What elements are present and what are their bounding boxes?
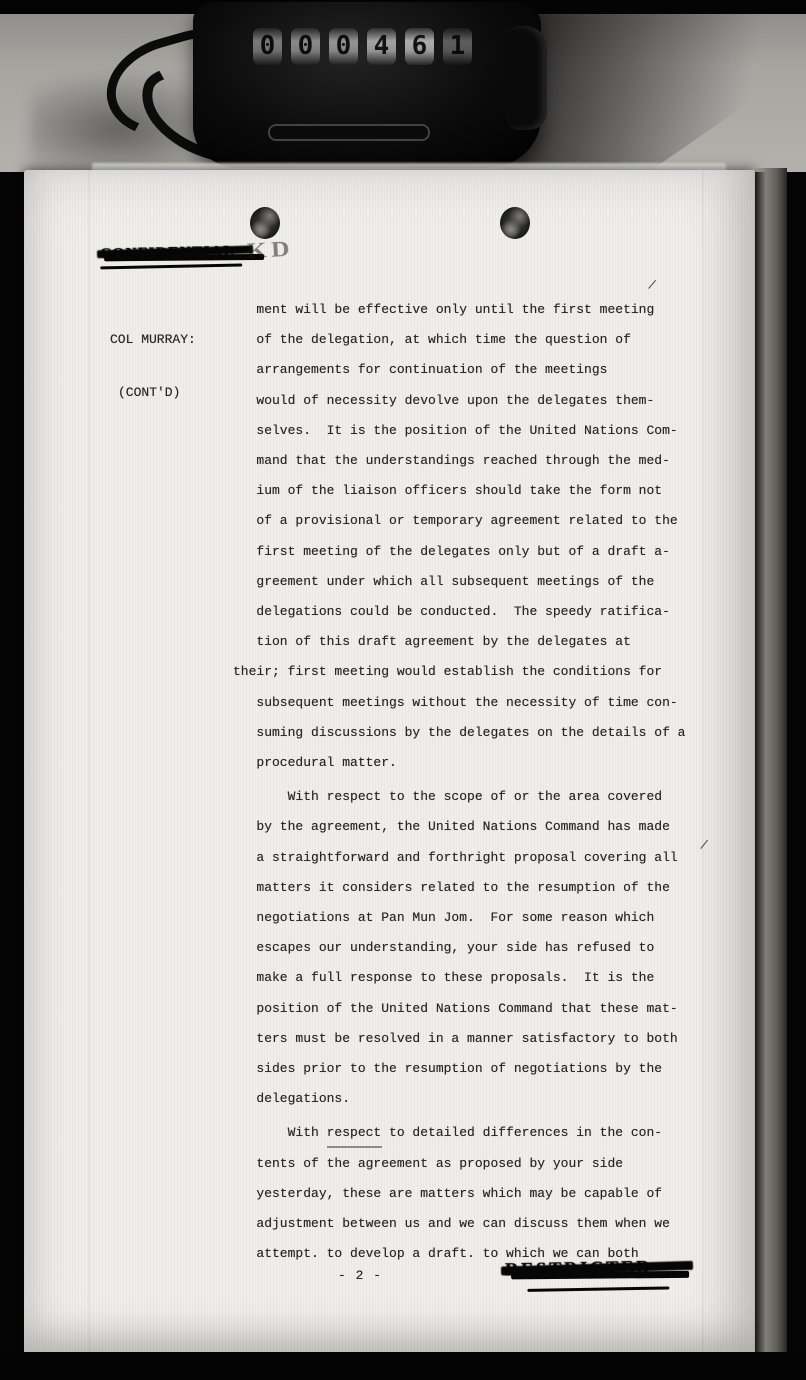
counter-digit-window: 6	[405, 28, 434, 65]
typed-line: With respect to the scope of or the area…	[233, 782, 685, 812]
paragraph: ment will be effective only until the fi…	[233, 295, 685, 778]
typed-line: make a full response to these proposals.…	[233, 963, 685, 993]
typed-line: sides prior to the resumption of negotia…	[233, 1054, 685, 1084]
typed-line: tion of this draft agreement by the dele…	[233, 627, 685, 657]
typed-line: a straightforward and forthright proposa…	[233, 843, 685, 873]
counter-digit-window: 1	[443, 28, 472, 65]
hole-punch	[500, 207, 530, 239]
typed-line: greement under which all subsequent meet…	[233, 567, 685, 597]
typed-line: selves. It is the position of the United…	[233, 416, 685, 446]
typed-line: of a provisional or temporary agreement …	[233, 506, 685, 536]
page-number: - 2 -	[338, 1268, 382, 1283]
underline-mark	[327, 1146, 382, 1148]
restricted-stamp: RESTRICTED	[505, 1257, 652, 1281]
typed-line: ment will be effective only until the fi…	[233, 295, 685, 325]
hole-punch	[250, 207, 280, 239]
paragraph: With respect to the scope of or the area…	[233, 782, 685, 1114]
typed-line: delegations could be conducted. The spee…	[233, 597, 685, 627]
speaker-continuation: (CONT'D)	[110, 384, 196, 402]
speaker-name: COL MURRAY:	[110, 331, 196, 349]
typed-line: subsequent meetings without the necessit…	[233, 688, 685, 718]
typed-line: yesterday, these are matters which may b…	[233, 1179, 685, 1209]
paragraph: With respect to detailed differences in …	[233, 1118, 685, 1269]
typed-line: adjustment between us and we can discuss…	[233, 1209, 685, 1239]
counter-digit-window: 4	[367, 28, 396, 65]
typed-body: ment will be effective only until the fi…	[233, 295, 685, 1270]
typed-line: With respect to detailed differences in …	[233, 1118, 685, 1148]
typed-line: arrangements for continuation of the mee…	[233, 355, 685, 385]
speaker-label: COL MURRAY: (CONT'D)	[110, 296, 196, 436]
counter-arm	[505, 26, 547, 130]
typed-line: ters must be resolved in a manner satisf…	[233, 1024, 685, 1054]
paper-crease	[88, 170, 90, 1352]
typed-line: their; first meeting would establish the…	[233, 657, 685, 687]
film-frame-counter: 000461	[193, 2, 541, 168]
paper-crease	[702, 170, 704, 1352]
backing-page-edge	[753, 168, 787, 1352]
counter-slot	[268, 124, 430, 141]
typed-line: first meeting of the delegates only but …	[233, 537, 685, 567]
typed-line: procedural matter.	[233, 748, 685, 778]
typed-line: escapes our understanding, your side has…	[233, 933, 685, 963]
typed-line: delegations.	[233, 1084, 685, 1114]
microfilm-frame: 000461 CONFIDENTIAL KD COL MURRAY: (CONT…	[0, 0, 806, 1380]
typed-line: of the delegation, at which time the que…	[233, 325, 685, 355]
typed-line: suming discussions by the delegates on t…	[233, 718, 685, 748]
typed-line: by the agreement, the United Nations Com…	[233, 812, 685, 842]
counter-digits: 000461	[253, 28, 472, 65]
film-edge-bottom	[0, 1352, 806, 1380]
typed-line: mand that the understandings reached thr…	[233, 446, 685, 476]
confidential-stamp: CONFIDENTIAL KD	[100, 243, 235, 264]
typed-line: negotiations at Pan Mun Jom. For some re…	[233, 903, 685, 933]
typed-line: position of the United Nations Command t…	[233, 994, 685, 1024]
counter-digit-window: 0	[329, 28, 358, 65]
counter-digit-window: 0	[253, 28, 282, 65]
typed-line: tents of the agreement as proposed by yo…	[233, 1149, 685, 1179]
typed-line: ium of the liaison officers should take …	[233, 476, 685, 506]
typed-line: would of necessity devolve upon the dele…	[233, 386, 685, 416]
counter-digit-window: 0	[291, 28, 320, 65]
ghost-stamp-mark: KD	[246, 236, 295, 265]
typed-line: matters it considers related to the resu…	[233, 873, 685, 903]
